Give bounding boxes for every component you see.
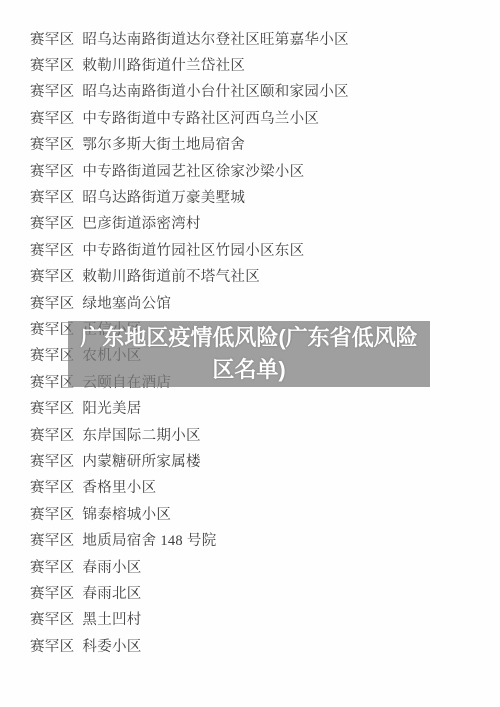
list-item: 赛罕区巴彦街道添密湾村: [30, 210, 485, 236]
list-item: 赛罕区黑土凹村: [30, 606, 485, 632]
community-name: 巴彦街道添密湾村: [82, 212, 200, 233]
list-item: 赛罕区锦泰榕城小区: [30, 500, 485, 526]
district-label: 赛罕区: [30, 529, 74, 550]
community-name: 科委小区: [82, 635, 141, 656]
district-label: 赛罕区: [30, 292, 74, 313]
community-name: 昭乌达南路街道达尔登社区旺第嘉华小区: [82, 28, 348, 49]
article-page: { "page": { "background_color": "#fefefe…: [0, 0, 500, 707]
community-name: 昭乌达南路街道小台什社区颐和家园小区: [82, 80, 348, 101]
list-item: 赛罕区昭乌达路街道万豪美墅城: [30, 183, 485, 209]
district-label: 赛罕区: [30, 265, 74, 286]
community-name: 内蒙糖研所家属楼: [82, 450, 200, 471]
community-name: 敕勒川路街道什兰岱社区: [82, 54, 245, 75]
community-name: 昭乌达路街道万豪美墅城: [82, 186, 245, 207]
community-name: 东岸国际二期小区: [82, 424, 200, 445]
community-name: 香格里小区: [82, 476, 156, 497]
list-item: 赛罕区东岸国际二期小区: [30, 421, 485, 447]
list-item: 赛罕区中专路街道竹园社区竹园小区东区: [30, 236, 485, 262]
title-overlay: 广东地区疫情低风险(广东省低风险 区名单): [68, 321, 430, 387]
community-name: 敕勒川路街道前不塔气社区: [82, 265, 260, 286]
community-name: 中专路街道中专路社区河西乌兰小区: [82, 107, 319, 128]
district-label: 赛罕区: [30, 556, 74, 577]
list-item: 赛罕区春雨北区: [30, 579, 485, 605]
community-name: 鄂尔多斯大街土地局宿舍: [82, 133, 245, 154]
list-item: 赛罕区地质局宿舍 148 号院: [30, 526, 485, 552]
list-item: 赛罕区昭乌达南路街道达尔登社区旺第嘉华小区: [30, 25, 485, 51]
community-name: 中专路街道竹园社区竹园小区东区: [82, 239, 304, 260]
district-label: 赛罕区: [30, 608, 74, 629]
community-name: 阳光美居: [82, 397, 141, 418]
list-item: 赛罕区香格里小区: [30, 474, 485, 500]
district-label: 赛罕区: [30, 239, 74, 260]
district-label: 赛罕区: [30, 186, 74, 207]
list-item: 赛罕区中专路街道中专路社区河西乌兰小区: [30, 104, 485, 130]
district-label: 赛罕区: [30, 503, 74, 524]
overlay-title-line-2: 区名单): [212, 354, 285, 386]
list-item: 赛罕区春雨小区: [30, 553, 485, 579]
district-label: 赛罕区: [30, 450, 74, 471]
district-label: 赛罕区: [30, 107, 74, 128]
community-name: 绿地塞尚公馆: [82, 292, 171, 313]
list-item: 赛罕区中专路街道园艺社区徐家沙梁小区: [30, 157, 485, 183]
list-item: 赛罕区科委小区: [30, 632, 485, 658]
district-label: 赛罕区: [30, 582, 74, 603]
list-item: 赛罕区鄂尔多斯大街土地局宿舍: [30, 131, 485, 157]
list-item: 赛罕区绿地塞尚公馆: [30, 289, 485, 315]
district-label: 赛罕区: [30, 635, 74, 656]
district-label: 赛罕区: [30, 397, 74, 418]
district-label: 赛罕区: [30, 160, 74, 181]
overlay-title-line-1: 广东地区疫情低风险(广东省低风险: [80, 322, 417, 354]
district-label: 赛罕区: [30, 212, 74, 233]
list-item: 赛罕区阳光美居: [30, 394, 485, 420]
community-name: 春雨小区: [82, 556, 141, 577]
district-label: 赛罕区: [30, 80, 74, 101]
list-item: 赛罕区敕勒川路街道前不塔气社区: [30, 263, 485, 289]
community-name: 地质局宿舍 148 号院: [82, 529, 216, 550]
list-item: 赛罕区内蒙糖研所家属楼: [30, 447, 485, 473]
district-label: 赛罕区: [30, 54, 74, 75]
community-name: 锦泰榕城小区: [82, 503, 171, 524]
community-name: 黑土凹村: [82, 608, 141, 629]
district-label: 赛罕区: [30, 424, 74, 445]
community-name: 春雨北区: [82, 582, 141, 603]
district-label: 赛罕区: [30, 476, 74, 497]
list-item: 赛罕区敕勒川路街道什兰岱社区: [30, 51, 485, 77]
district-label: 赛罕区: [30, 28, 74, 49]
district-label: 赛罕区: [30, 133, 74, 154]
community-name: 中专路街道园艺社区徐家沙梁小区: [82, 160, 304, 181]
list-item: 赛罕区昭乌达南路街道小台什社区颐和家园小区: [30, 78, 485, 104]
